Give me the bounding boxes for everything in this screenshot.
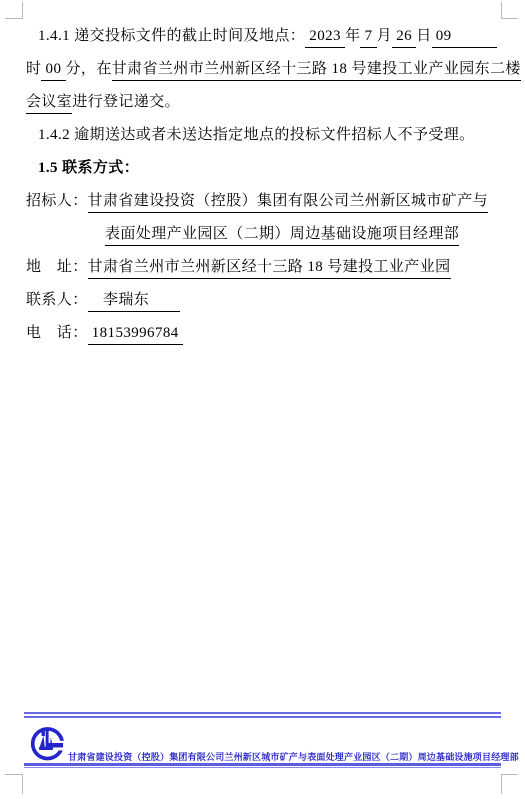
text-segment: 月 xyxy=(377,24,392,48)
crop-mark-bottom-right xyxy=(501,774,518,794)
footer-divider-top xyxy=(24,712,501,718)
crop-mark-top-left xyxy=(5,2,23,19)
text-segment: 地 址： xyxy=(26,255,88,279)
text-segment: 1.4.2 逾期送达或者未送达指定地点的投标文件招标人不予受理。 xyxy=(38,123,475,147)
text-line: 电 话： 18153996784 xyxy=(26,316,497,349)
text-line: 招标人：甘肃省建设投资（控股）集团有限公司兰州新区城市矿产与 xyxy=(26,184,497,217)
text-line: 会议室进行登记递交。 xyxy=(26,85,497,118)
text-segment: 时 xyxy=(26,57,41,81)
underlined-field-text: 7 xyxy=(360,24,376,48)
underlined-field-text: 甘肃省兰州市兰州新区经十三路 18 号建投工业产业园东二楼 xyxy=(112,57,521,81)
text-segment: 联系人： xyxy=(26,288,88,312)
underlined-field-text xyxy=(452,24,497,48)
text-segment: 1.4.1 递交投标文件的截止时间及地点： xyxy=(38,24,305,48)
text-line: 1.5 联系方式： xyxy=(26,151,497,184)
text-segment: 招标人： xyxy=(26,189,88,213)
text-segment: 分，在 xyxy=(66,57,112,81)
document-page: 1.4.1 递交投标文件的截止时间及地点： 2023 年 7 月 26 日 09… xyxy=(0,0,525,799)
underlined-field-text: 李瑞东 xyxy=(88,288,180,312)
text-segment: 1.5 联系方式： xyxy=(38,156,139,180)
text-segment: 年 xyxy=(345,24,360,48)
text-line: 时 00 分，在甘肃省兰州市兰州新区经十三路 18 号建投工业产业园东二楼 xyxy=(26,52,497,85)
underlined-field-text: 26 xyxy=(392,24,416,48)
crop-mark-bottom-left xyxy=(5,774,23,794)
underlined-field-text: 甘肃省建设投资（控股）集团有限公司兰州新区城市矿产与 xyxy=(88,189,488,213)
text-segment: 日 xyxy=(416,24,431,48)
text-line: 表面处理产业园区（二期）周边基础设施项目经理部 xyxy=(26,217,497,250)
crop-mark-top-right xyxy=(501,2,518,19)
underlined-field-text: 甘肃省兰州市兰州新区经十三路 18 号建投工业产业园 xyxy=(88,255,451,279)
text-line: 地 址：甘肃省兰州市兰州新区经十三路 18 号建投工业产业园 xyxy=(26,250,497,283)
text-segment: 进行登记递交。 xyxy=(72,90,180,114)
underlined-field-text: 09 xyxy=(432,24,452,48)
footer-organization-name: 甘肃省建设投资（控股）集团有限公司兰州新区城市矿产与表面处理产业园区（二期）周边… xyxy=(68,750,518,763)
underlined-field-text: 18153996784 xyxy=(88,321,183,345)
text-line: 1.4.1 递交投标文件的截止时间及地点： 2023 年 7 月 26 日 09 xyxy=(26,19,497,52)
underlined-field-text: 会议室 xyxy=(26,90,72,114)
underlined-field-text: 00 xyxy=(41,57,65,81)
company-logo-icon xyxy=(29,723,66,763)
text-line: 1.4.2 逾期送达或者未送达指定地点的投标文件招标人不予受理。 xyxy=(26,118,497,151)
underlined-field-text: 表面处理产业园区（二期）周边基础设施项目经理部 xyxy=(105,222,459,246)
underlined-field-text: 2023 xyxy=(305,24,345,48)
text-line: 联系人： 李瑞东 xyxy=(26,283,497,316)
footer-divider-bottom xyxy=(24,763,501,768)
text-segment: 电 话： xyxy=(26,321,88,345)
body-text: 1.4.1 递交投标文件的截止时间及地点： 2023 年 7 月 26 日 09… xyxy=(26,19,497,349)
